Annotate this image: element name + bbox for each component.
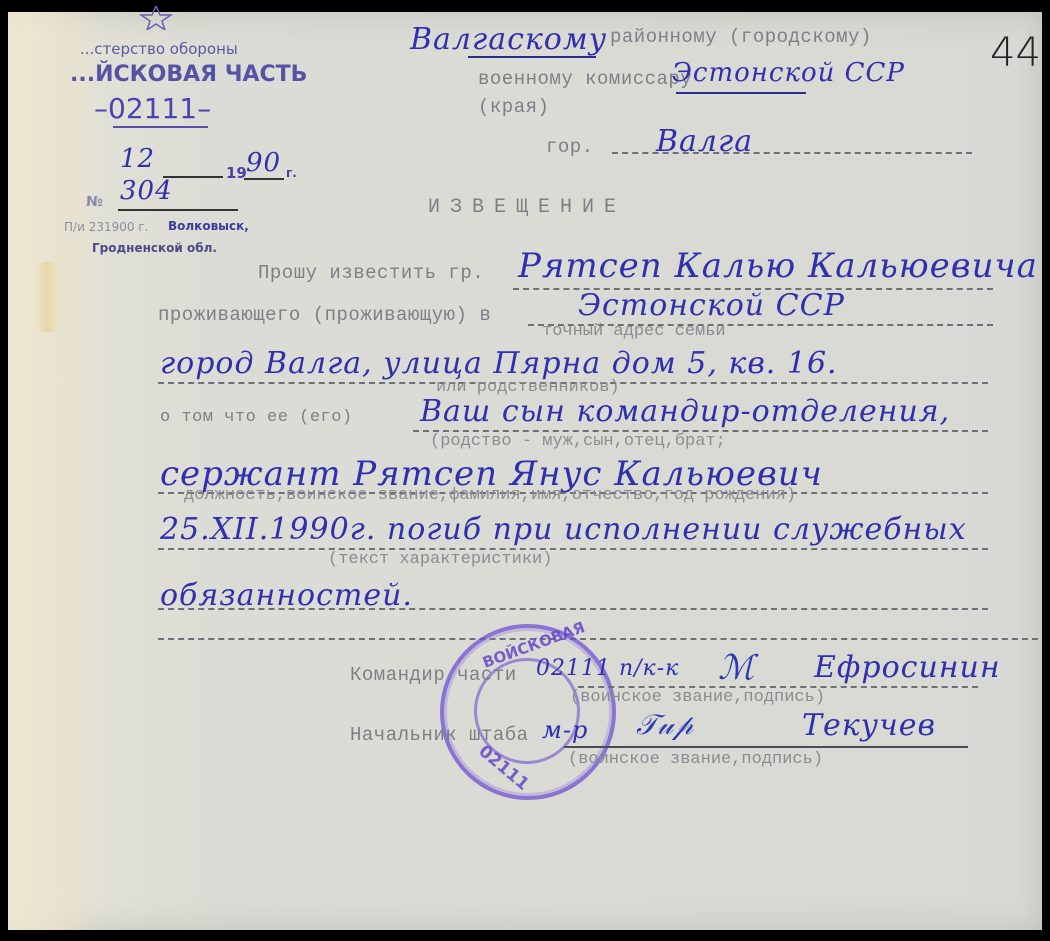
region-handwritten: Эстонской ССР xyxy=(672,58,905,88)
chief-signature-mark: 𝒯𝓊𝓅 xyxy=(636,708,693,742)
commissar-label: военному комиссару xyxy=(478,68,692,90)
document-title: ИЗВЕЩЕНИЕ xyxy=(428,196,626,219)
address-caption: точный адрес семьи xyxy=(542,322,726,341)
relation-caption: (родство - муж,сын,отец,брат; xyxy=(430,432,726,451)
star-icon xyxy=(138,6,174,35)
recipient-name: Рятсеп Калью Кальюевича xyxy=(518,246,1038,286)
commander-label: Командир части xyxy=(350,664,517,686)
postal-region: Гродненской обл. xyxy=(92,241,217,255)
request-label: Прошу известить гр. xyxy=(258,262,484,284)
chief-caption: (воинское звание,подпись) xyxy=(568,750,823,769)
outgoing-number: 304 xyxy=(120,176,173,206)
postal-prefix: П/и 231900 г. xyxy=(64,220,148,234)
district-handwritten: Валгаскому xyxy=(410,22,607,57)
event-handwritten: 25.XII.1990г. погиб при исполнении служе… xyxy=(160,512,967,547)
date-suffix: г. xyxy=(286,166,297,180)
person-caption: должность,воинское звание,фамилия,имя,от… xyxy=(184,486,796,505)
postal-city: Волковыск, xyxy=(168,219,249,233)
chief-signature: Текучев xyxy=(802,708,936,743)
stamp-ministry: ...стерство обороны xyxy=(80,40,238,58)
document-page: 44 ...стерство обороны ...ЙСКОВАЯ ЧАСТЬ … xyxy=(8,12,1042,930)
number-label: № xyxy=(86,194,103,210)
city-label: гор. xyxy=(546,136,594,158)
event-caption: (текст характеристики) xyxy=(328,550,552,569)
region-type: (края) xyxy=(478,96,549,118)
commander-signature-mark: ℳ xyxy=(718,648,754,688)
date-day: 12 xyxy=(120,144,155,174)
stamp-unit-number: –02111– xyxy=(94,92,211,125)
date-year: 90 xyxy=(246,148,281,178)
page-number: 44 xyxy=(990,30,1041,76)
chief-label: Начальник штаба xyxy=(350,724,529,746)
chief-rank: м-р xyxy=(542,716,588,744)
district-type: районному (городскому) xyxy=(610,26,872,48)
address-handwritten: город Валга, улица Пярна дом 5, кв. 16. xyxy=(160,346,838,381)
residing-label: проживающего (проживающую) в xyxy=(158,304,491,326)
relation-handwritten: Ваш сын командир-отделения, xyxy=(420,394,950,429)
commander-caption: (воинское звание,подпись) xyxy=(570,688,825,707)
residing-place: Эстонской ССР xyxy=(578,288,845,323)
official-seal: ВОЙСКОВАЯ 02111 xyxy=(440,624,616,800)
relation-label: о том что ее (его) xyxy=(160,408,353,427)
commander-signature: Ефросинин xyxy=(814,650,1001,685)
tape-mark xyxy=(36,262,58,332)
commander-rank: 02111 п/к-к xyxy=(536,656,679,681)
stamp-unit-type: ...ЙСКОВАЯ ЧАСТЬ xyxy=(70,62,307,87)
